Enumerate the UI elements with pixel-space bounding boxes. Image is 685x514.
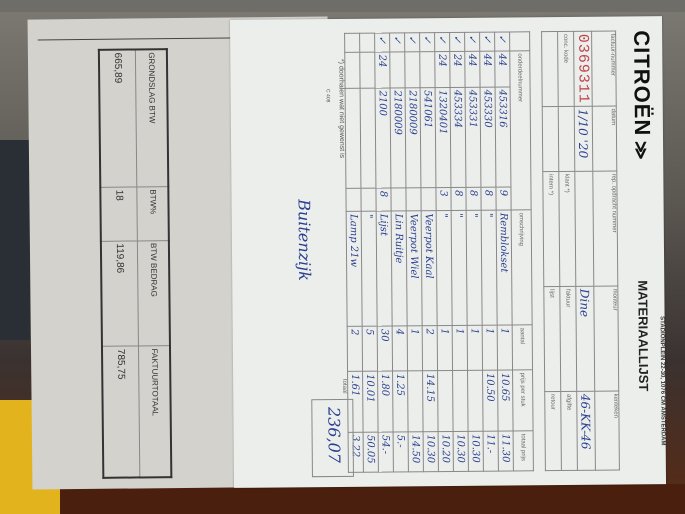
part-number: 2180009 — [390, 88, 406, 188]
quantity: 5 — [362, 326, 377, 371]
factuurnummer-label: factuur-nummer — [592, 31, 617, 106]
lijst-label: lijst — [544, 287, 561, 392]
background-table — [60, 484, 685, 514]
part-number: 453334 — [450, 87, 466, 187]
part-suffix: 8 — [466, 187, 481, 210]
unit-price: 14.15 — [423, 371, 439, 432]
part-number: 2100 — [375, 88, 391, 188]
unit-price — [468, 370, 484, 431]
total-price: 5.- — [393, 432, 408, 472]
form-code: C 408 — [325, 89, 331, 102]
quantity: 1 — [482, 325, 497, 370]
check-mark: ✓ — [495, 32, 510, 51]
part-prefix — [420, 52, 435, 88]
unit-price — [438, 371, 454, 432]
unit-price: 10.01 — [363, 371, 379, 432]
description: " — [451, 211, 467, 326]
description: Lamp 21w — [346, 212, 362, 327]
citroen-brand: CITROËN — [629, 30, 655, 136]
afgifte-label-1: afgifte — [561, 391, 578, 470]
unit-price — [453, 371, 469, 432]
total-price: 10.20 — [438, 432, 453, 472]
part-suffix — [406, 188, 421, 211]
grondslag-btw-value: 665,89 — [99, 49, 137, 187]
description: Remblokset — [496, 210, 512, 325]
items-table: onderdeelnummer omschrijving aantal prij… — [344, 31, 534, 473]
col-prijs-per-stuk: prijs per stuk — [513, 370, 534, 431]
description: Veerpot Wiel — [406, 211, 422, 326]
background-top — [0, 0, 685, 12]
part-number: 453330 — [480, 87, 496, 187]
total-price: 11.30 — [498, 431, 513, 471]
btw-pct-label: BTW% — [137, 187, 169, 241]
btw-bedrag-label: BTW BEDRAG — [138, 240, 170, 346]
part-number: 1320401 — [435, 87, 451, 187]
part-prefix — [345, 52, 360, 88]
unit-price: 1.80 — [378, 371, 394, 432]
quantity: 1 — [497, 325, 512, 370]
description: " — [361, 211, 377, 326]
check-mark: ✓ — [390, 33, 405, 52]
signature: Buitenzijk — [295, 199, 315, 281]
check-mark: ✓ — [420, 33, 435, 52]
klant-label: klant *) — [559, 171, 576, 286]
quantity: 2 — [422, 326, 437, 371]
datum-label: datum — [592, 106, 617, 171]
check-mark: ✓ — [435, 32, 450, 51]
part-number: 453331 — [465, 87, 481, 187]
quantity: 1 — [452, 326, 467, 371]
part-number: 453316 — [495, 87, 511, 187]
description: Lijst — [376, 211, 392, 326]
part-suffix — [346, 188, 361, 211]
part-prefix: 24 — [450, 51, 465, 87]
unit-price: 1.25 — [393, 371, 409, 432]
col-onderdeelnummer: onderdeelnummer — [510, 51, 531, 210]
kenteken-value: 46-KK-46 — [577, 391, 596, 470]
materiaallijst-sheet: CITROËN ≫ MATERIAALLIJST STADIONPLEIN 22… — [230, 16, 666, 488]
check-mark — [360, 33, 375, 52]
quantity: 4 — [392, 326, 407, 371]
retour-label: retour — [545, 392, 562, 471]
rep-opdracht-label: rep. opdracht nummer — [593, 171, 618, 286]
part-prefix — [405, 52, 420, 88]
part-suffix — [421, 188, 436, 211]
description: " — [466, 210, 482, 325]
part-suffix — [391, 188, 406, 211]
check-mark: ✓ — [465, 32, 480, 51]
part-suffix: 8 — [451, 188, 466, 211]
col-aantal: aantal — [512, 325, 532, 370]
factuurtotaal-value: 785,75 — [102, 346, 140, 478]
part-prefix: 24 — [435, 51, 450, 87]
part-prefix: 24 — [375, 52, 390, 88]
intern-label: intern *) — [543, 172, 560, 287]
faktuur-label-1: faktuur — [560, 286, 577, 391]
quantity: 30 — [377, 326, 392, 371]
part-number: 2180009 — [405, 88, 421, 188]
quantity: 1 — [407, 326, 422, 371]
check-mark: ✓ — [375, 33, 390, 52]
part-suffix: 8 — [481, 187, 496, 210]
description: Veerpot Kaal — [421, 211, 437, 326]
kenteken-label: kenteken — [595, 391, 620, 470]
description: " — [481, 210, 497, 325]
col-totaal-prijs: totaal prijs — [513, 431, 533, 471]
check-mark: ✓ — [450, 32, 465, 51]
total-price: 14.50 — [408, 432, 423, 472]
unit-price: 10.65 — [498, 370, 514, 431]
factuurnummer-value: 0369311 — [574, 31, 593, 106]
part-prefix — [390, 52, 405, 88]
total-price: 54.- — [378, 432, 393, 472]
part-prefix: 44 — [480, 51, 495, 87]
part-prefix — [360, 52, 375, 88]
unit-price: 10.50 — [483, 370, 499, 431]
grondslag-btw-label: GRONDSLAG BTW — [136, 49, 168, 187]
citroen-chevron-icon: ≫ — [631, 141, 651, 160]
quantity: 2 — [347, 327, 362, 372]
total-price: 50.05 — [363, 432, 378, 472]
address: STADIONPLEIN 22-30, 1076 CM AMSTERDAM — [659, 316, 666, 445]
total-price: 10.30 — [453, 432, 468, 472]
part-suffix: 8 — [376, 188, 391, 211]
check-mark: ✓ — [480, 32, 495, 51]
part-suffix: 9 — [496, 187, 511, 210]
unit-price — [408, 371, 424, 432]
part-number: 541061 — [420, 88, 436, 188]
footnote: *) doorhalen wat niet gewenst is — [337, 59, 345, 158]
part-prefix: 44 — [495, 51, 510, 87]
totaal-label: totaal — [341, 379, 347, 394]
factuurtotaal-label: FAKTUURTOTAAL — [139, 346, 171, 478]
quantity: 1 — [437, 326, 452, 371]
check-mark: ✓ — [405, 33, 420, 52]
part-number — [360, 88, 376, 188]
conc-kode-label: conc. kode — [558, 31, 575, 106]
part-number — [345, 88, 361, 188]
part-suffix — [361, 188, 376, 211]
total-price: 10.30 — [423, 432, 438, 472]
total-price: 11.- — [483, 431, 498, 471]
col-omschrijving: omschrijving — [511, 210, 532, 325]
datum-value: 1/10 '20 — [574, 106, 593, 171]
part-suffix: 3 — [436, 188, 451, 211]
monteur-value: Dine — [576, 286, 595, 391]
background-left — [0, 140, 30, 340]
part-prefix: 44 — [465, 51, 480, 87]
quantity: 1 — [467, 325, 482, 370]
btw-pct-value: 18 — [100, 187, 138, 241]
total-price: 10.30 — [468, 431, 483, 471]
description: Lin Ruitje — [391, 211, 407, 326]
description: " — [436, 211, 452, 326]
btw-bedrag-value: 119,86 — [101, 241, 139, 347]
totaal-value: 236,07 — [324, 407, 343, 463]
document-title: MATERIAALLIJST — [635, 280, 651, 391]
monteur-label: monteur — [594, 286, 619, 391]
check-mark — [345, 33, 360, 52]
